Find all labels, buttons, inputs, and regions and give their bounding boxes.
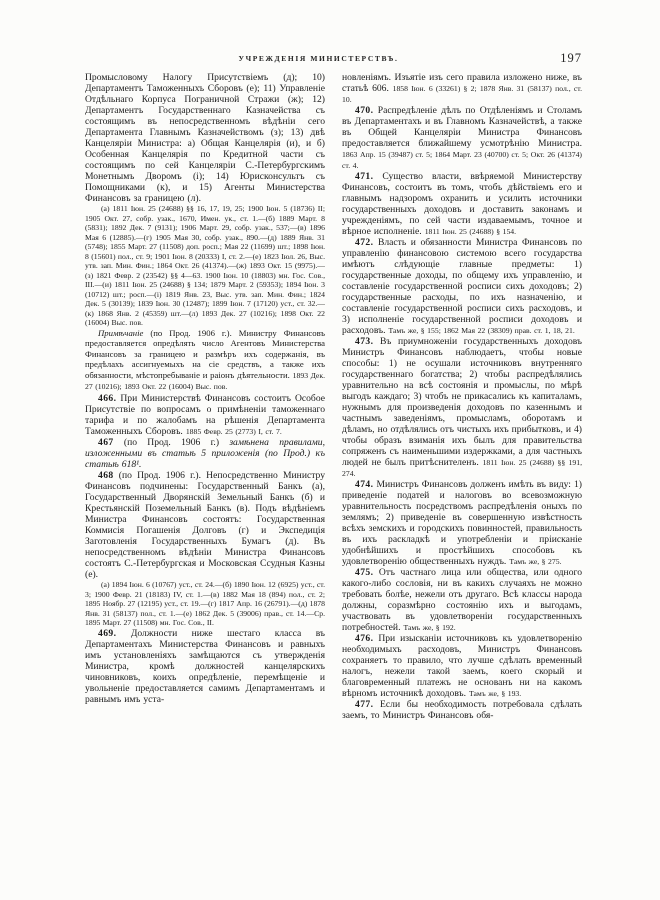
article-number: 471.: [355, 171, 373, 182]
citation: Тамъ же, § 193.: [469, 689, 521, 698]
article-paragraph: 467 (по Прод. 1906 г.) замѣнена правилам…: [85, 437, 325, 470]
article-number: 466.: [98, 393, 116, 404]
article-paragraph: 471. Существо власти, ввѣряемой Министер…: [342, 171, 582, 237]
article-paragraph: 466. При Министерствѣ Финансовъ состоитъ…: [85, 393, 325, 437]
citation: 1863 Апр. 15 (39487) ст. 5; 1864 Март. 2…: [342, 150, 582, 170]
citation: Тамъ же, § 275.: [509, 557, 561, 566]
text-run: (по Прод. 1906 г.). Непосредственно Мини…: [85, 470, 325, 580]
article-number: 476.: [355, 633, 373, 644]
article-paragraph: 477. Если бы необходимость потребовала с…: [342, 699, 582, 721]
article-paragraph: 474. Министръ Финансовъ долженъ имѣть въ…: [342, 479, 582, 567]
article-number: 467: [98, 437, 114, 448]
article-number: 475.: [355, 567, 373, 578]
article-paragraph: 476. При изысканіи источниковъ къ удовле…: [342, 633, 582, 699]
article-paragraph: 468 (по Прод. 1906 г.). Непосредственно …: [85, 470, 325, 580]
text-run: При изысканіи источниковъ къ удовлетворе…: [342, 633, 582, 699]
text-run: (по Прод. 1906 г.): [114, 437, 230, 448]
text-run: Если бы необходимость потребовала сдѣлат…: [342, 699, 582, 721]
paragraph: новленіямъ. Изъятіе изъ сего правила изл…: [342, 72, 582, 105]
text-run: Отъ частнаго лица или общества, или одно…: [342, 567, 582, 633]
column-right: новленіямъ. Изъятіе изъ сего правила изл…: [342, 72, 582, 721]
text-run: Въ приумноженіи государственныхъ доходов…: [342, 336, 582, 468]
citation: (а) 1894 Іюн. 6 (10767) уст., ст. 24.—(б…: [85, 580, 325, 627]
note-paragraph: Примѣчаніе (по Прод. 1906 г.). Министру …: [85, 328, 325, 394]
page-number: 197: [560, 51, 582, 66]
text-run: Министръ Финансовъ долженъ имѣть въ виду…: [342, 479, 582, 567]
text-columns: Промысловому Налогу Присутствіемъ (д); 1…: [85, 72, 582, 721]
citation-block: (а) 1811 Іюн. 25 (24688) §§ 16, 17, 19, …: [85, 204, 325, 328]
citation: Тамъ же, § 155; 1862 Мая 22 (38309) прав…: [388, 326, 574, 335]
article-paragraph: 469. Должности ниже шестаго класса въ Де…: [85, 628, 325, 705]
running-title: УЧРЕЖДЕНІЯ МИНИСТЕРСТВЪ.: [85, 54, 582, 63]
citation: 1811 Іюн. 25 (24688) § 154.: [425, 227, 516, 236]
article-number: 474.: [355, 479, 373, 490]
article-number: 472.: [355, 237, 373, 248]
article-number: 468: [98, 470, 114, 481]
text-run: Власть и обязанности Министра Финансовъ …: [342, 237, 582, 336]
article-number: 473.: [355, 336, 373, 347]
text-run: Распредѣленіе дѣлъ по Отдѣленіямъ и Стол…: [342, 105, 582, 149]
paragraph: Промысловому Налогу Присутствіемъ (д); 1…: [85, 72, 325, 204]
column-left: Промысловому Налогу Присутствіемъ (д); 1…: [85, 72, 325, 721]
article-paragraph: 473. Въ приумноженіи государственныхъ до…: [342, 336, 582, 479]
text-run: Промысловому Налогу Присутствіемъ (д); 1…: [85, 72, 325, 204]
article-number: 477.: [355, 699, 373, 710]
citation-block: (а) 1894 Іюн. 6 (10767) уст., ст. 24.—(б…: [85, 580, 325, 628]
article-paragraph: 475. Отъ частнаго лица или общества, или…: [342, 567, 582, 633]
citation: 1885 Февр. 25 (2773) I, ст. 7.: [186, 427, 282, 436]
article-number: 469.: [98, 628, 116, 639]
citation: (а) 1811 Іюн. 25 (24688) §§ 16, 17, 19, …: [85, 204, 325, 327]
page-header: УЧРЕЖДЕНІЯ МИНИСТЕРСТВЪ. 197: [85, 54, 582, 70]
italic-text-run: Примѣчаніе: [98, 328, 143, 338]
citation: Тамъ же, § 192.: [403, 623, 455, 632]
article-number: 470.: [355, 105, 373, 116]
article-paragraph: 472. Власть и обязанности Министра Финан…: [342, 237, 582, 336]
text-run: Должности ниже шестаго класса въ Департа…: [85, 628, 325, 705]
document-page: УЧРЕЖДЕНІЯ МИНИСТЕРСТВЪ. 197 Промысловом…: [0, 0, 660, 900]
article-paragraph: 470. Распредѣленіе дѣлъ по Отдѣленіямъ и…: [342, 105, 582, 171]
